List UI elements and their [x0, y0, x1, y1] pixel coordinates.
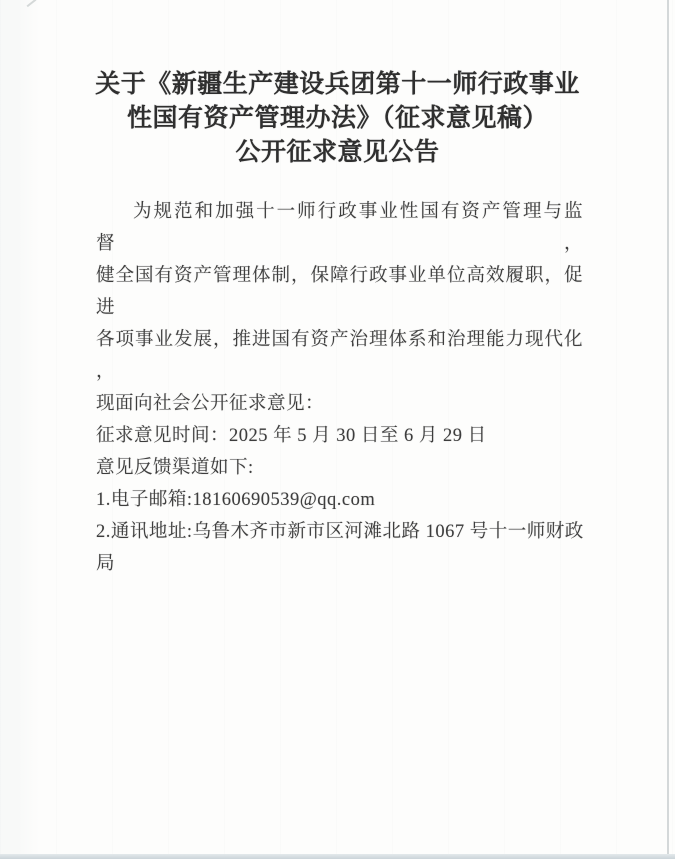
scan-artifact-bottom-edge [0, 854, 675, 859]
document-body: 为规范和加强十一师行政事业性国有资产管理与监督， 健全国有资产管理体制，保障行政… [96, 196, 583, 580]
title-line-1: 关于《新疆生产建设兵团第十一师行政事业 [0, 68, 675, 102]
intro-line-2: 健全国有资产管理体制，保障行政事业单位高效履职，促进 [96, 260, 583, 324]
feedback-channels-heading: 意见反馈渠道如下: [96, 452, 583, 484]
feedback-address-line-2: 局 [96, 548, 583, 580]
scan-artifact-corner-mark [27, 0, 37, 7]
title-line-2: 性国有资产管理办法》（征求意见稿） [0, 102, 675, 136]
title-line-3: 公开征求意见公告 [0, 136, 675, 170]
scanned-document-page: 关于《新疆生产建设兵团第十一师行政事业 性国有资产管理办法》（征求意见稿） 公开… [0, 0, 675, 859]
feedback-email-line: 1.电子邮箱:18160690539@qq.com [96, 484, 583, 516]
intro-line-3: 各项事业发展，推进国有资产治理体系和治理能力现代化 ， [96, 324, 583, 388]
intro-line-1: 为规范和加强十一师行政事业性国有资产管理与监督， [96, 196, 583, 260]
consultation-period-line: 征求意见时间：2025 年 5 月 30 日至 6 月 29 日 [96, 420, 583, 452]
intro-line-4: 现面向社会公开征求意见： [96, 388, 583, 420]
scan-artifact-right-edge [667, 0, 669, 854]
feedback-address-line-1: 2.通讯地址:乌鲁木齐市新市区河滩北路 1067 号十一师财政 [96, 516, 583, 548]
document-title: 关于《新疆生产建设兵团第十一师行政事业 性国有资产管理办法》（征求意见稿） 公开… [0, 68, 675, 170]
